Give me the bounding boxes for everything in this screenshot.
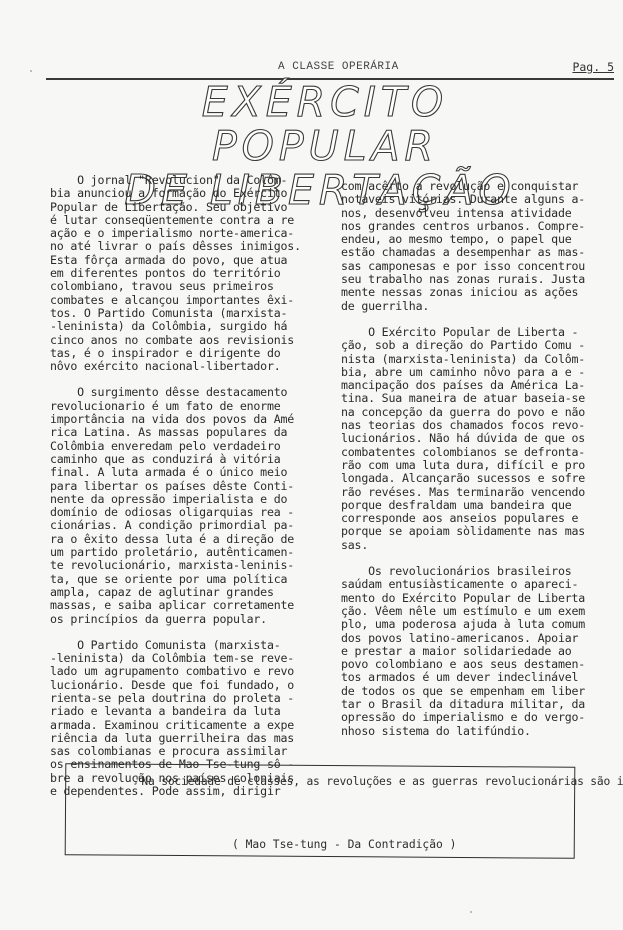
text-line: e prestar a maior solidariedade ao [341, 645, 585, 658]
text-line: final. A luta armada é o único meio [50, 466, 301, 479]
text-line: ampla, capaz de aglutinar grandes [50, 586, 301, 599]
text-line: rão revéses. Mas terminarão vencendo [341, 486, 585, 499]
text-line: estão chamadas a desempenhar as mas- [341, 246, 585, 259]
text-line: um partido proletário, autênticamen- [50, 546, 301, 559]
text-line: nos grandes centros urbanos. Compre- [341, 220, 585, 233]
text-line: os princípios da guerra popular. [50, 613, 301, 626]
scan-speck [30, 70, 32, 72]
text-line: mente nessas zonas iniciou as ações [341, 286, 585, 299]
text-line: caminho que as conduzirá à vitória [50, 453, 301, 466]
text-line: mancipação dos países da América La- [341, 379, 585, 392]
text-line: tos. O Partido Comunista (marxista- [50, 307, 301, 320]
scan-speck [470, 911, 472, 913]
text-line: importância na vida dos povos da Amé [50, 413, 301, 426]
text-line: nista (marxista-leninista) da Colôm- [341, 353, 585, 366]
text-line: riência da luta guerrilheira das mas [50, 732, 301, 745]
text-line: rica Latina. As massas populares da [50, 426, 301, 439]
text-line: -leninista) da Colômbia, surgido há [50, 320, 301, 333]
text-line: nos, desenvolveu intensa atividade [341, 207, 585, 220]
paragraph-gap [50, 626, 301, 639]
text-line: ta, que se oriente por uma política [50, 573, 301, 586]
publication-name: A CLASSE OPERÁRIA [278, 61, 399, 73]
running-head: A CLASSE OPERÁRIA Pag. 5 [46, 60, 614, 80]
text-line: ação e o imperialismo norte-america- [50, 227, 301, 240]
text-line: corresponde aos anseios populares e [341, 512, 585, 525]
left-column: O jornal "Revolucion" da Colôm-bia anunc… [50, 174, 301, 798]
text-line: sas. [341, 539, 585, 552]
text-line: ra o êxito dessa luta é a direção de [50, 533, 301, 546]
text-line: Colômbia enveredam pelo verdadeiro [50, 440, 301, 453]
text-line: nôvo exército nacional-libertador. [50, 360, 301, 373]
text-line: na concepção da guerra do povo e não [341, 406, 585, 419]
text-line: povo colombiano e aos seus destamen- [341, 658, 585, 671]
quote-line: lucionárias são inevitáveis; sem elas, é… [511, 775, 623, 788]
page-number: Pag. 5 [572, 60, 614, 74]
text-line: tas, é o inspirador e dirigente do [50, 347, 301, 360]
text-line: em diferentes pontos do território [50, 267, 301, 280]
text-line: te revolucionário, marxista-leninis- [50, 559, 301, 572]
text-line: O Partido Comunista (marxista- [50, 639, 301, 652]
text-line: combatentes colombianos se defronta- [341, 446, 585, 459]
text-line: O surgimento dêsse destacamento [50, 386, 301, 399]
text-line: opressão do imperialismo e do vergo- [341, 711, 585, 724]
text-line: no até livrar o país dêsses inimigos. [50, 240, 301, 253]
text-line: para libertar os países dêste Conti- [50, 480, 301, 493]
text-line: nhoso sistema do latifúndio. [341, 725, 585, 738]
text-line: notáveis vitórias. Durante alguns a- [341, 193, 585, 206]
text-line: O jornal "Revolucion" da Colôm- [50, 174, 301, 187]
text-line: de guerrilha. [341, 300, 585, 313]
text-line: dos povos latino-americanos. Apoiar [341, 632, 585, 645]
text-line: colombiano, travou seus primeiros [50, 280, 301, 293]
text-line: bia, abre um caminho nôvo para a e - [341, 366, 585, 379]
text-line: domínio de odiosas oligarquias rea - [50, 506, 301, 519]
text-line: tina. Sua maneira de atuar baseia-se [341, 392, 585, 405]
quote-text: "Na sociedade de classes, as revoluções … [82, 776, 623, 789]
text-line: sas camponesas e por isso concentrou [341, 260, 585, 273]
text-line: lado um agrupamento combativo e revo [50, 665, 301, 678]
quote-line: "Na sociedade de classes, as revoluções … [82, 775, 511, 788]
text-line: combates e alcançou importantes êxi- [50, 294, 301, 307]
text-line: plo, uma poderosa ajuda à luta comum [341, 618, 585, 631]
text-line: ção. Vêem nêle um estímulo e um exem [341, 605, 585, 618]
text-line: endeu, ao mesmo tempo, o papel que [341, 233, 585, 246]
text-line: porque se apoiam sòlidamente nas mas [341, 525, 585, 538]
text-line: mento do Exército Popular de Liberta [341, 592, 585, 605]
text-line: tar o Brasil da ditadura militar, da [341, 698, 585, 711]
text-line: seu trabalho nas zonas rurais. Justa [341, 273, 585, 286]
text-line: sas colombianas e procura assimilar [50, 745, 301, 758]
text-line: massas, e saiba aplicar corretamente [50, 599, 301, 612]
text-line: Os revolucionários brasileiros [341, 565, 585, 578]
text-line: é lutar conseqüentemente contra a re [50, 214, 301, 227]
text-line: ção, sob a direção do Partido Comu - [341, 339, 585, 352]
quote-source: ( Mao Tse-tung - Da Contradição ) [232, 838, 456, 851]
text-line: riado e levanta a bandeira da luta [50, 705, 301, 718]
text-line: saúdam entusiàsticamente o apareci- [341, 578, 585, 591]
text-line: nente da opressão imperialista e do [50, 493, 301, 506]
title-line-1: EXÉRCITO POPULAR [110, 80, 530, 168]
text-line: tos armados é um dever indeclinável [341, 671, 585, 684]
text-line: longada. Alcançarão sucessos e sofre [341, 472, 585, 485]
text-line: rão com uma luta dura, difícil e pro [341, 459, 585, 472]
text-line: rienta-se pela doutrina do proleta - [50, 692, 301, 705]
text-line: de todos os que se empenham em liber [341, 685, 585, 698]
text-line: -leninista) da Colômbia tem-se reve- [50, 652, 301, 665]
text-line: armada. Examinou criticamente a expe [50, 719, 301, 732]
document-page: A CLASSE OPERÁRIA Pag. 5 EXÉRCITO POPULA… [0, 0, 623, 930]
text-line: lucionários. Não há dúvida de que os [341, 432, 585, 445]
text-line: Esta fôrça armada do povo, que atua [50, 254, 301, 267]
text-line: O Exército Popular de Liberta - [341, 326, 585, 339]
text-line: lucionário. Desde que foi fundado, o [50, 679, 301, 692]
text-line: cionárias. A condição primordial pa- [50, 519, 301, 532]
text-line: bia anunciou a formação do Exército [50, 187, 301, 200]
text-line: revolucionario é um fato de enorme [50, 400, 301, 413]
text-line: cinco anos no combate aos revisionis [50, 334, 301, 347]
text-line: porque desfraldam uma bandeira que [341, 499, 585, 512]
text-line: Popular de Libertação. Seu objetivo [50, 201, 301, 214]
right-column: com acêrto a revolução e conquistarnotáv… [341, 180, 585, 738]
text-line: com acêrto a revolução e conquistar [341, 180, 585, 193]
text-line: nas teorias dos chamados focos revo- [341, 419, 585, 432]
